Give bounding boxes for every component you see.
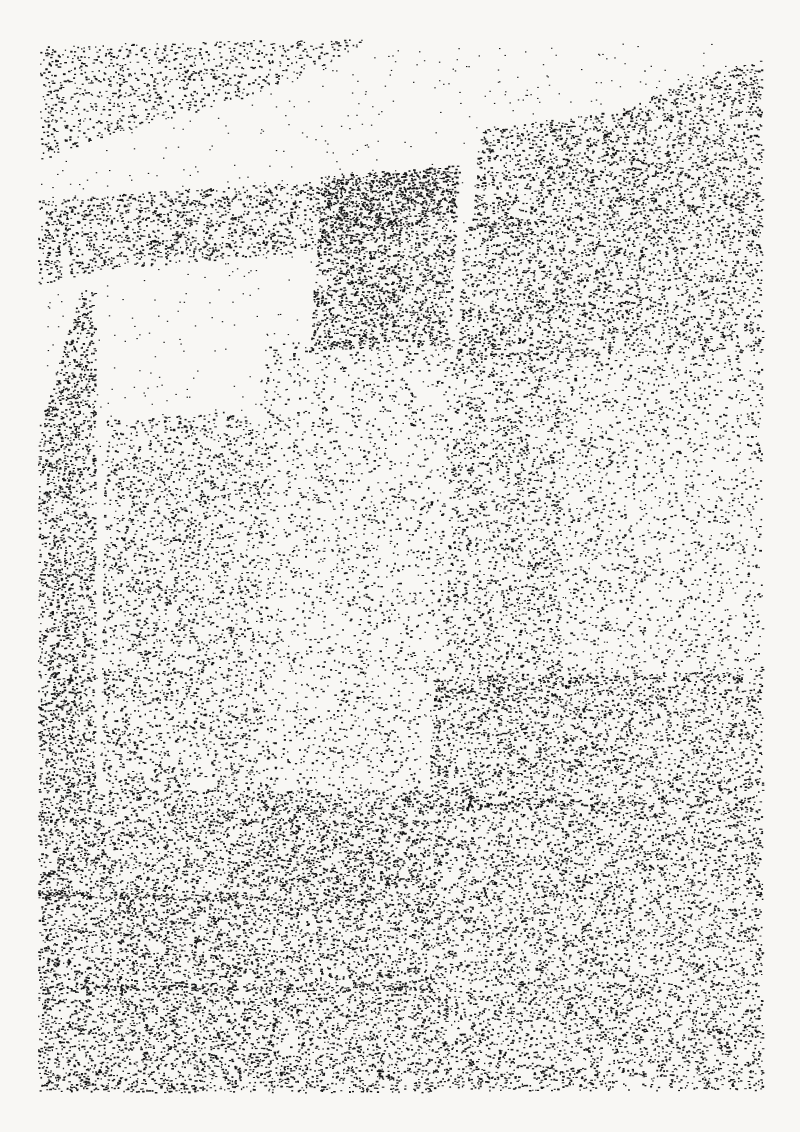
stipple-artwork	[0, 0, 800, 1132]
stipple-dots	[38, 40, 764, 1094]
stipple-canvas	[0, 0, 800, 1132]
